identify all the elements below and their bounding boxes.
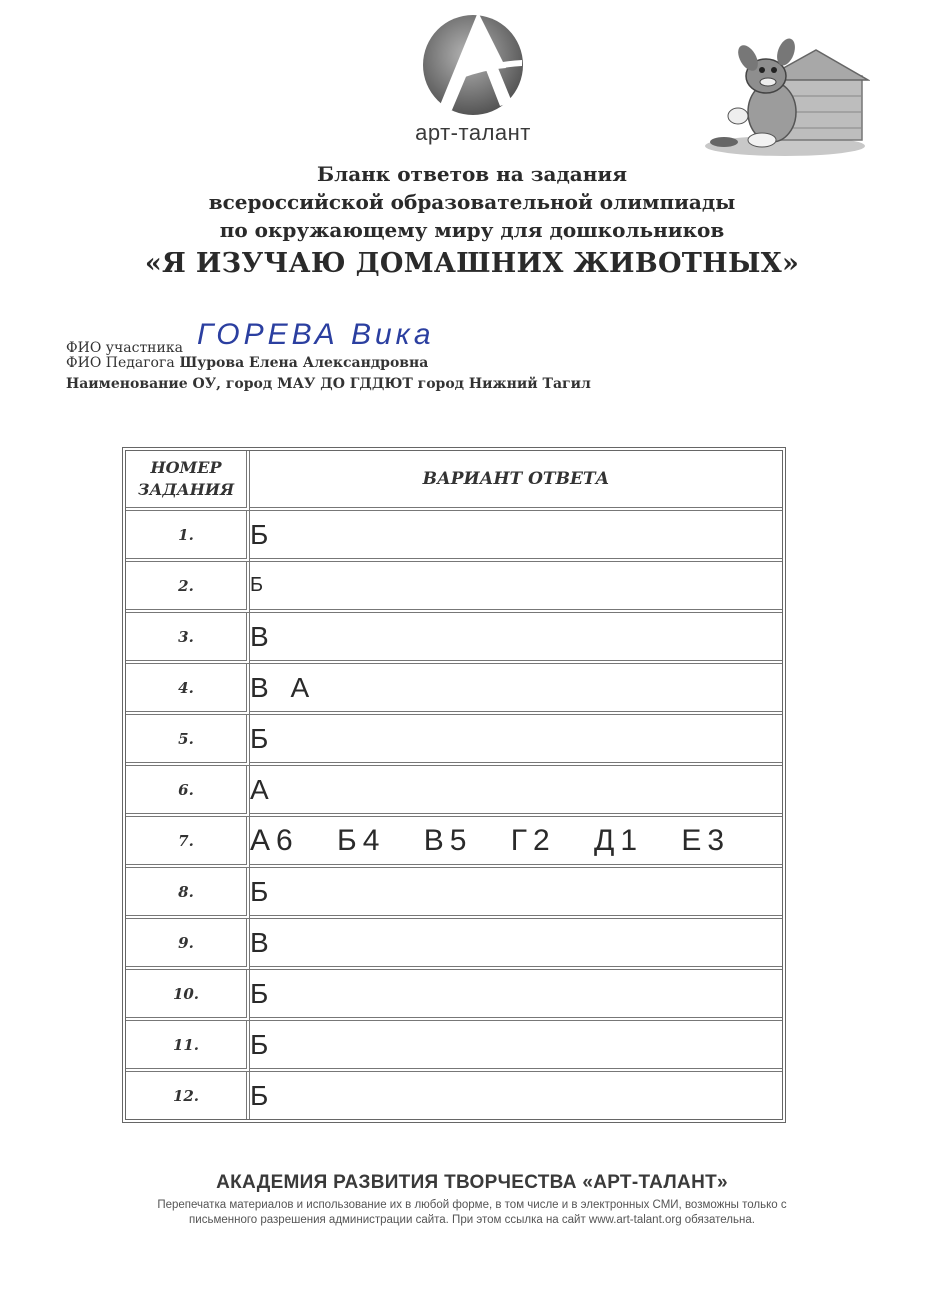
header-answer-variant: ВАРИАНТ ОТВЕТА [250,451,782,511]
school-name: МАУ ДО ГДДЮТ город Нижний Тагил [277,376,591,392]
task-number: 6. [126,766,250,817]
answer-cell: Б [250,868,782,919]
school-row: Наименование ОУ, город МАУ ДО ГДДЮТ горо… [66,374,591,395]
task-number: 9. [126,919,250,970]
table-header-row: НОМЕР ЗАДАНИЯ ВАРИАНТ ОТВЕТА [126,451,782,511]
header-task-number-line2: ЗАДАНИЯ [126,479,246,501]
answer-cell: Б [250,1072,782,1119]
task-number: 7. [126,817,250,868]
answer-cell: Б [250,970,782,1021]
school-label: Наименование ОУ, город [66,376,272,392]
table-row: 6.А [126,766,782,817]
header-task-number-line1: НОМЕР [126,457,246,479]
logo-text: арт-талант [388,120,558,146]
table-row: 12.Б [126,1072,782,1119]
header-task-number: НОМЕР ЗАДАНИЯ [126,451,250,511]
task-number: 10. [126,970,250,1021]
participant-row: ФИО участникаГОРЕВА Вика [66,332,591,353]
footer: АКАДЕМИЯ РАЗВИТИЯ ТВОРЧЕСТВА «АРТ-ТАЛАНТ… [0,1172,944,1228]
participant-name-handwritten: ГОРЕВА Вика [197,318,435,351]
task-number: 2. [126,562,250,613]
olympiad-name: «Я ИЗУЧАЮ ДОМАШНИХ ЖИВОТНЫХ» [0,244,944,284]
answer-cell: Б [250,1021,782,1072]
art-talant-logo-icon [418,10,528,120]
answer-cell: Б [250,511,782,562]
teacher-label: ФИО Педагога [66,355,175,371]
answer-cell: Б [250,715,782,766]
answer-cell: А [250,766,782,817]
footer-note-line-1: Перепечатка материалов и использование и… [0,1198,944,1213]
table-row: 7.А6 Б4 В5 Г2 Д1 Е3 [126,817,782,868]
answer-cell: В А [250,664,782,715]
answers-table: НОМЕР ЗАДАНИЯ ВАРИАНТ ОТВЕТА 1.Б 2.Б 3.В… [122,447,786,1123]
table-row: 11.Б [126,1021,782,1072]
answer-cell: В [250,919,782,970]
title-line-3: по окружающему миру для дошкольников [0,216,944,244]
table-row: 9.В [126,919,782,970]
teacher-row: ФИО Педагога Шурова Елена Александровна [66,353,591,374]
table-row: 5.Б [126,715,782,766]
task-number: 5. [126,715,250,766]
answer-cell: В [250,613,782,664]
title-line-2: всероссийской образовательной олимпиады [0,188,944,216]
table-row: 3.В [126,613,782,664]
task-number: 4. [126,664,250,715]
table-row: 2.Б [126,562,782,613]
table-row: 8.Б [126,868,782,919]
task-number: 12. [126,1072,250,1119]
table-row: 4.В А [126,664,782,715]
title-line-1: Бланк ответов на задания [0,160,944,188]
document-title: Бланк ответов на задания всероссийской о… [0,160,944,284]
task-number: 3. [126,613,250,664]
task-number: 8. [126,868,250,919]
teacher-name: Шурова Елена Александровна [180,355,429,371]
task-number: 1. [126,511,250,562]
answer-cell: А6 Б4 В5 Г2 Д1 Е3 [250,817,782,868]
footer-title: АКАДЕМИЯ РАЗВИТИЯ ТВОРЧЕСТВА «АРТ-ТАЛАНТ… [0,1172,944,1194]
participant-info: ФИО участникаГОРЕВА Вика ФИО Педагога Шу… [66,332,591,395]
task-number: 11. [126,1021,250,1072]
answer-cell: Б [250,562,782,613]
footer-note-line-2: письменного разрешения администрации сай… [0,1213,944,1228]
table-row: 1.Б [126,511,782,562]
table-row: 10.Б [126,970,782,1021]
dog-in-kennel-illustration [700,38,870,158]
